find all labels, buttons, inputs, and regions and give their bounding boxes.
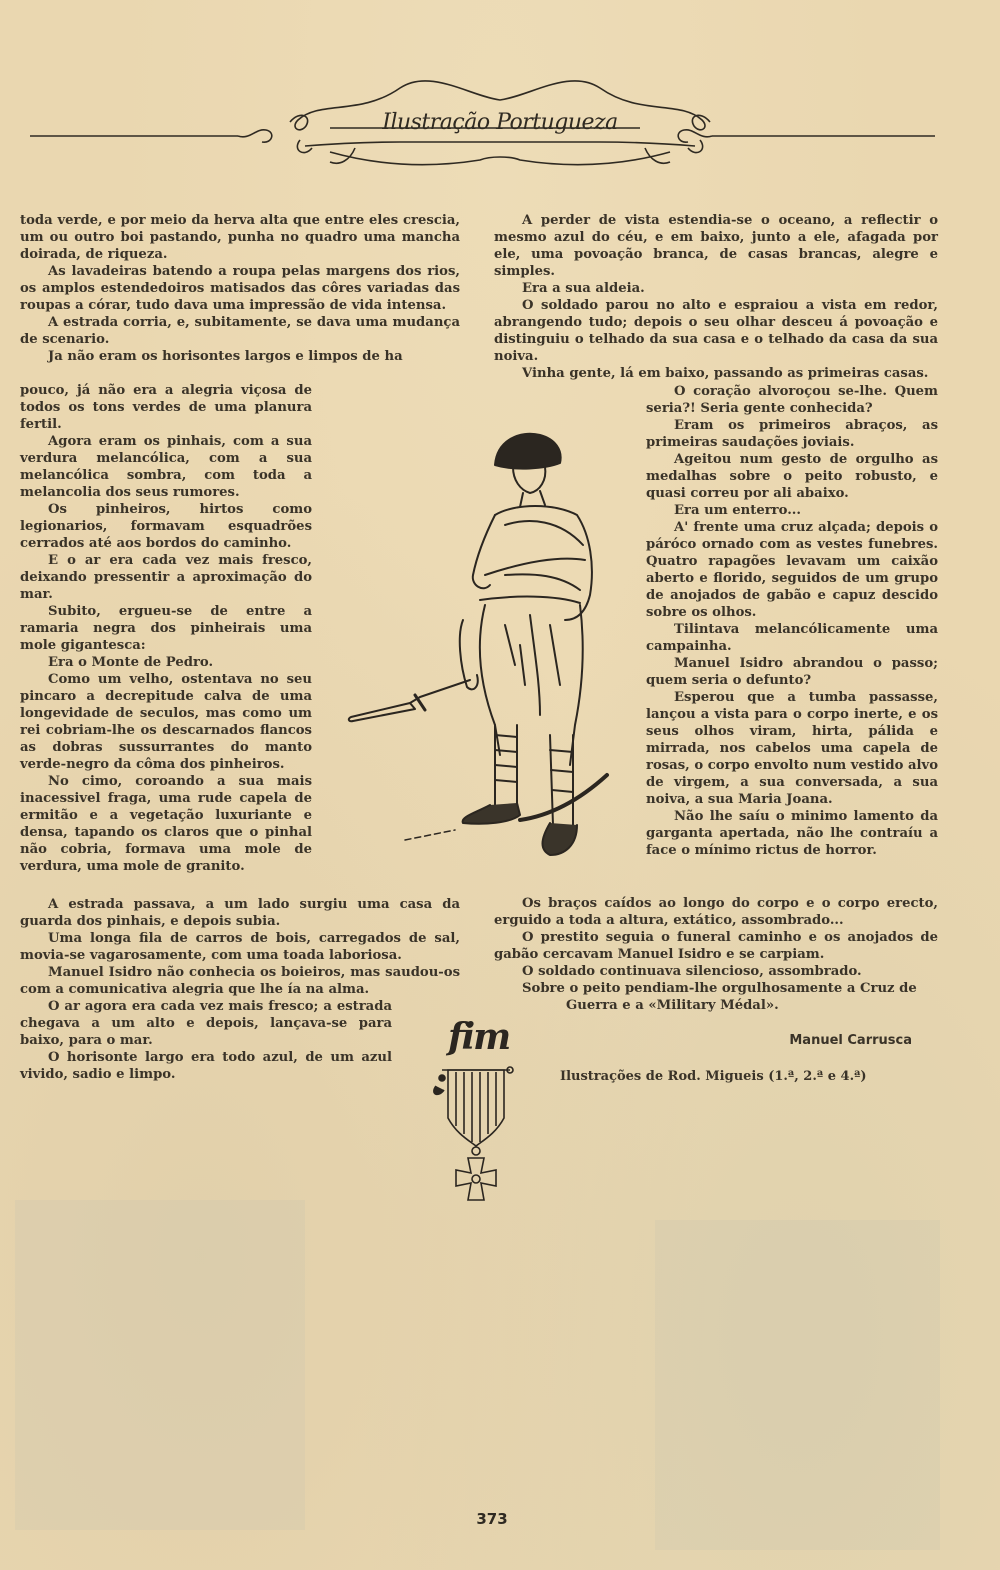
paragraph: A perder de vista estendia-se o oceano, … [494, 212, 938, 280]
paragraph: Os braços caídos ao longo do corpo e o c… [494, 895, 938, 929]
paragraph: Subito, ergueu-se de entre a ramaria neg… [20, 603, 312, 654]
left-column-narrow: pouco, já não era a alegria viçosa de to… [20, 382, 312, 875]
paragraph: O soldado continuava silencioso, assombr… [494, 963, 938, 980]
paragraph: Era a sua aldeia. [494, 280, 938, 297]
masthead: Ilustração Portugueza [0, 70, 1000, 180]
soldier-icon [345, 425, 615, 870]
paragraph: A estrada corria, e, subitamente, se dav… [20, 314, 460, 348]
paragraph: O ar agora era cada vez mais fresco; a e… [20, 998, 392, 1049]
right-column-bottom: Os braços caídos ao longo do corpo e o c… [494, 895, 938, 1014]
paragraph: Era um enterro... [646, 502, 938, 519]
paragraph: Como um velho, ostentava no seu pincaro … [20, 671, 312, 773]
paragraph: Agora eram os pinhais, com a sua verdura… [20, 433, 312, 501]
closing-line: Guerra e a «Military Médal». [494, 997, 938, 1014]
left-column-top: toda verde, e por meio da herva alta que… [20, 212, 460, 365]
paragraph: O coração alvoroçou se-lhe. Quem seria?!… [646, 383, 938, 417]
paragraph: A' frente uma cruz alçada; depois o páró… [646, 519, 938, 621]
paragraph: Ja não eram os horisontes largos e limpo… [20, 348, 460, 365]
paragraph: No cimo, coroando a sua mais inacessivel… [20, 773, 312, 875]
paragraph: toda verde, e por meio da herva alta que… [20, 212, 460, 263]
paragraph: Uma longa fila de carros de bois, carreg… [20, 930, 460, 964]
paragraph: Ageitou num gesto de orgulho as medalhas… [646, 451, 938, 502]
paragraph: Os pinheiros, hirtos como legionarios, f… [20, 501, 312, 552]
paragraph: O prestito seguia o funeral caminho e os… [494, 929, 938, 963]
paragraph: Eram os primeiros abraços, as primeiras … [646, 417, 938, 451]
left-column-bottom: A estrada passava, a um lado surgiu uma … [20, 896, 460, 998]
paragraph: As lavadeiras batendo a roupa pelas marg… [20, 263, 460, 314]
right-column-narrow: O coração alvoroçou se-lhe. Quem seria?!… [646, 383, 938, 859]
paragraph: pouco, já não era a alegria viçosa de to… [20, 382, 312, 433]
illustration-credits: Ilustrações de Rod. Migueis (1.ª, 2.ª e … [560, 1069, 940, 1084]
paragraph: O horisonte largo era todo azul, de um a… [20, 1049, 392, 1083]
paragraph: Sobre o peito pendiam-lhe orgulhosamente… [494, 980, 938, 997]
paragraph: O soldado parou no alto e espraiou a vis… [494, 297, 938, 365]
paragraph: A estrada passava, a um lado surgiu uma … [20, 896, 460, 930]
paragraph: Manuel Isidro abrandou o passo; quem ser… [646, 655, 938, 689]
paragraph: Tilintava melancólicamente uma campainha… [646, 621, 938, 655]
show-through-right [655, 1220, 940, 1550]
author-byline: Manuel Carrusca [700, 1033, 912, 1048]
paragraph: Não lhe saíu o minimo lamento da gargant… [646, 808, 938, 859]
masthead-title: Ilustração Portugueza [350, 110, 650, 135]
right-column-top: A perder de vista estendia-se o oceano, … [494, 212, 938, 382]
soldier-illustration [345, 425, 615, 870]
paragraph: Era o Monte de Pedro. [20, 654, 312, 671]
paragraph: Esperou que a tumba passasse, lançou a v… [646, 689, 938, 808]
end-mark: fim [448, 1016, 509, 1058]
paragraph: Manuel Isidro não conhecia os boieiros, … [20, 964, 460, 998]
show-through-left [15, 1200, 305, 1530]
paragraph: E o ar era cada vez mais fresco, deixand… [20, 552, 312, 603]
left-column-end: O ar agora era cada vez mais fresco; a e… [20, 998, 392, 1083]
page-number: 373 [462, 1510, 522, 1528]
paragraph: Vinha gente, lá em baixo, passando as pr… [494, 365, 938, 382]
